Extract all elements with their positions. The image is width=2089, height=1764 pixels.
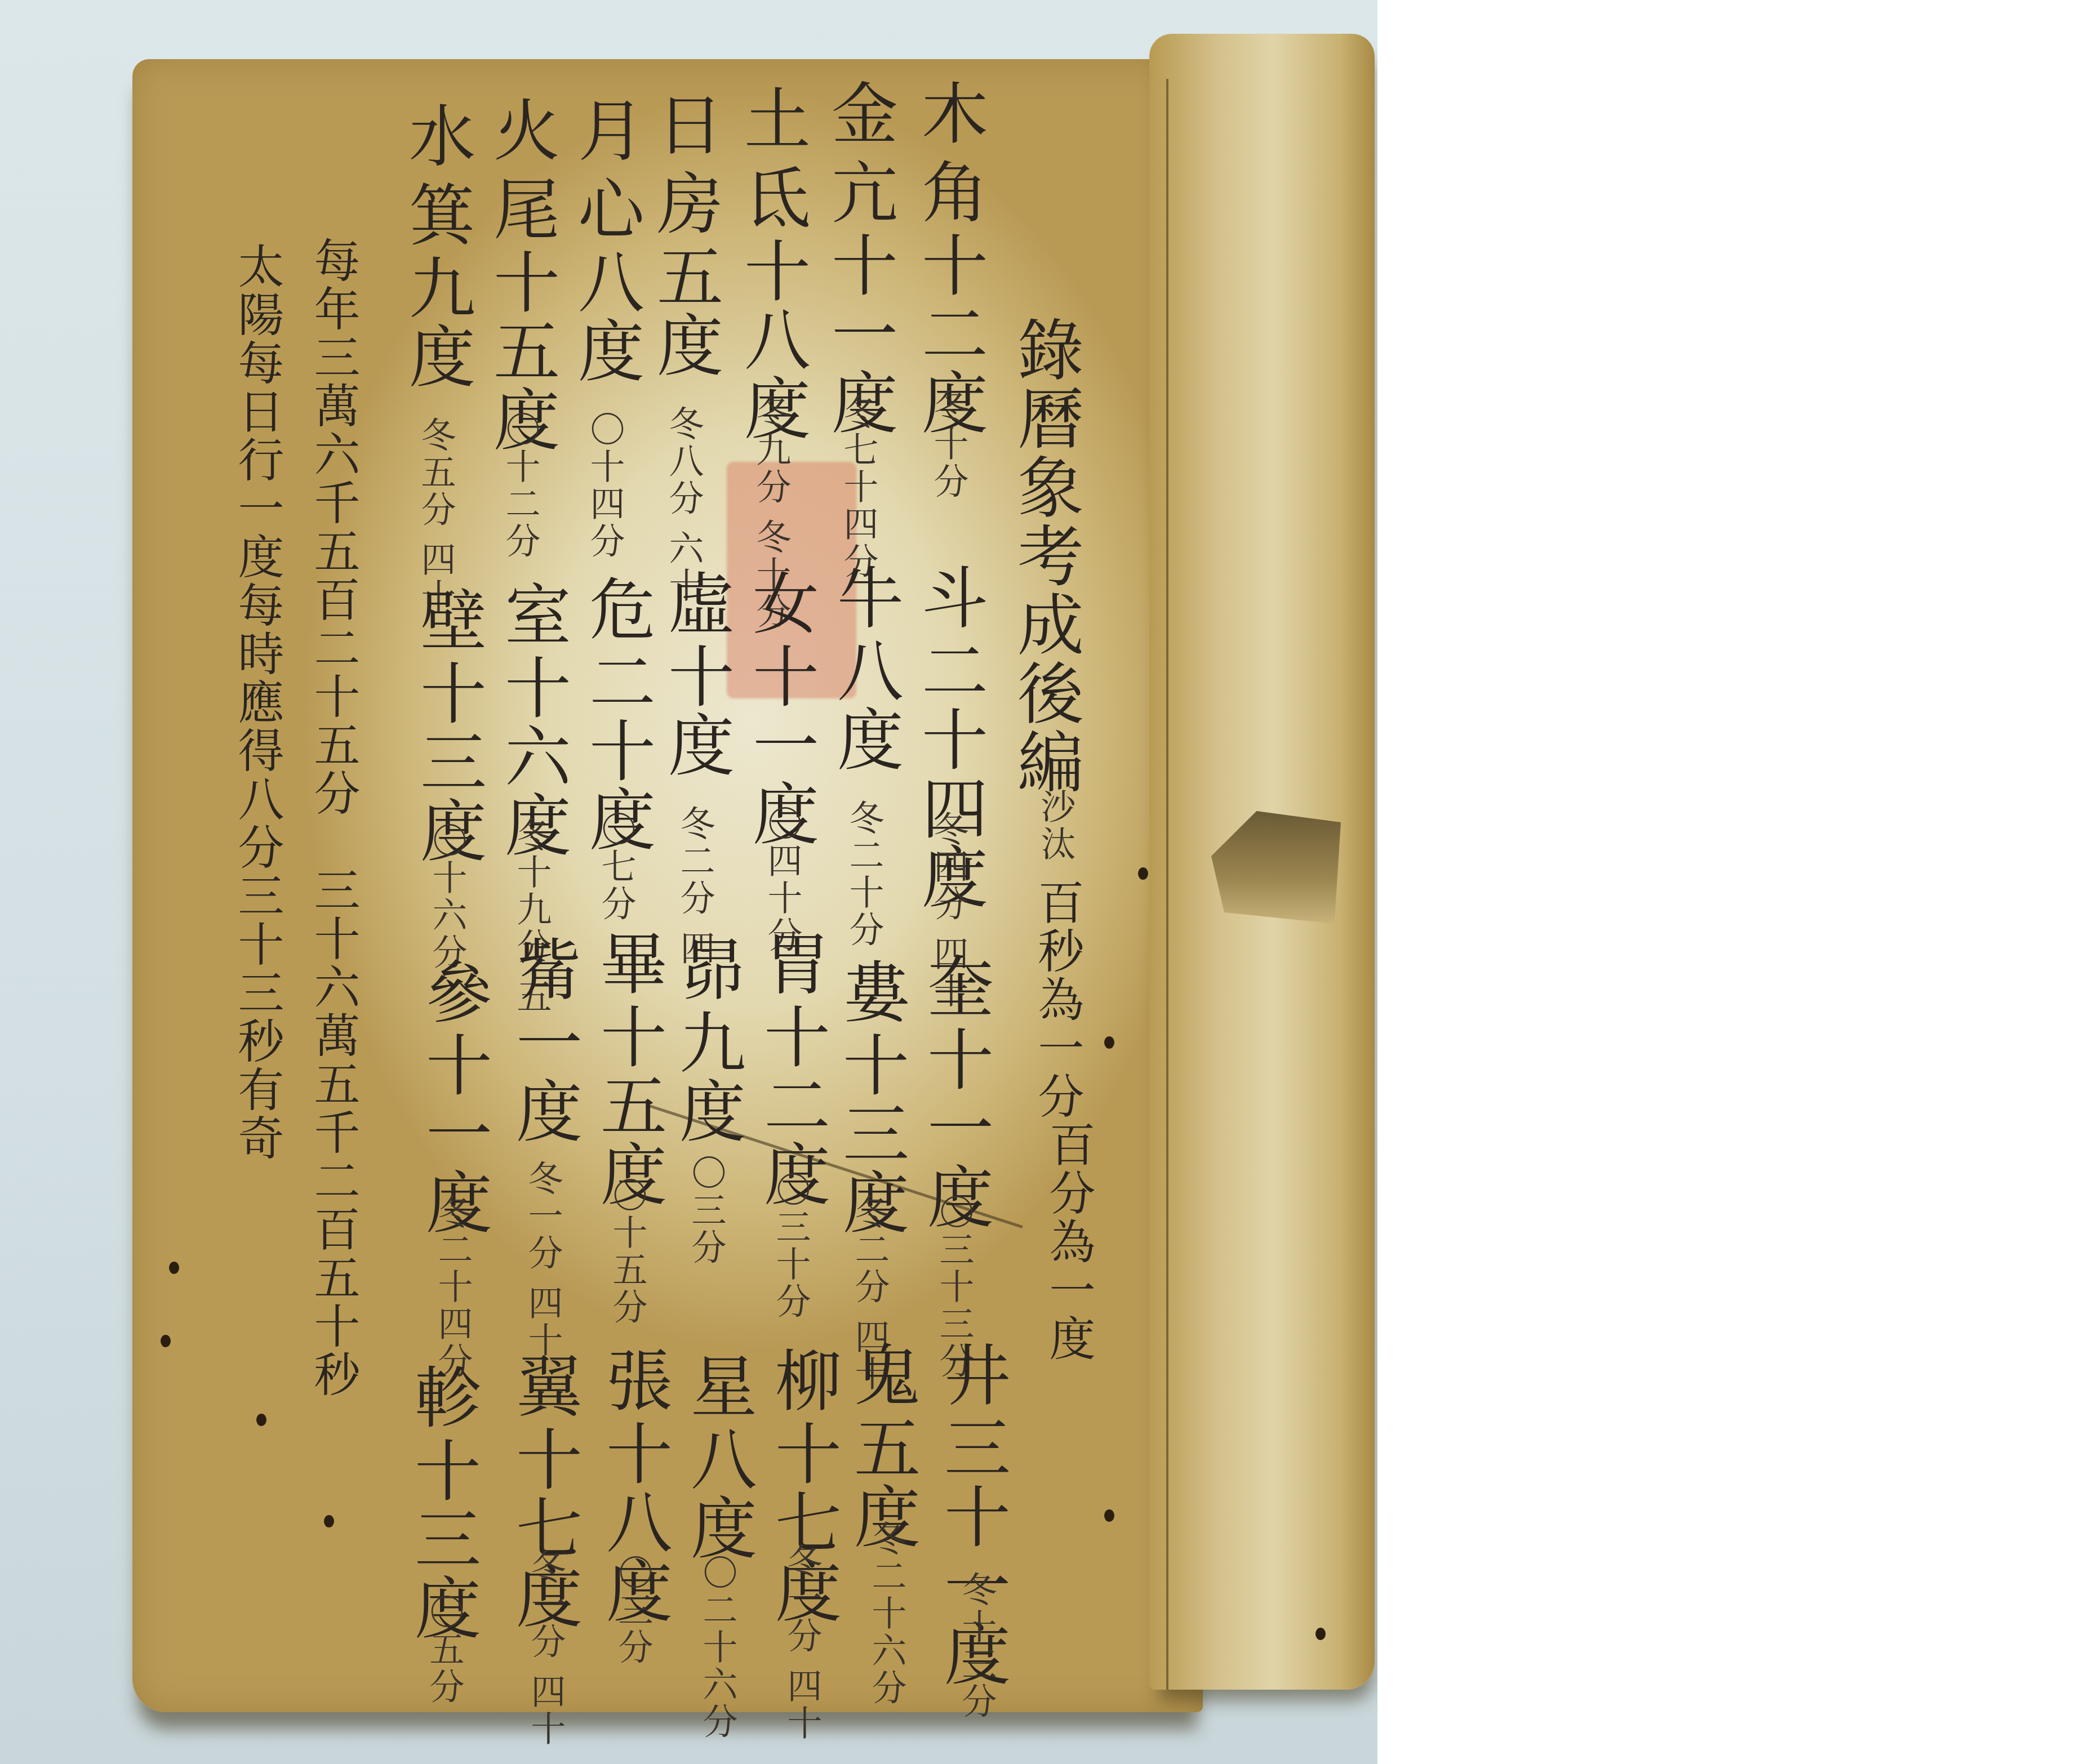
entry-note: 〇二十六分 <box>699 1554 736 1740</box>
entry-degrees: 五度 <box>648 242 721 380</box>
entry-note: 冬十分 <box>930 389 967 500</box>
entry-mansion: 斗 <box>913 563 986 632</box>
entry-degrees: 一度 <box>507 1008 580 1146</box>
entry-mansion: 畢 <box>592 929 665 998</box>
entry-degrees: 九度 <box>670 1008 744 1146</box>
entry-element: 水 <box>400 101 473 170</box>
entry-mansion: 角 <box>913 158 986 226</box>
wormhole <box>169 1262 179 1274</box>
entry-mansion: 心 <box>569 175 642 243</box>
entry-note: 冬二十四分 <box>434 1194 471 1380</box>
entry-mansion: 危 <box>580 574 654 643</box>
entry-note: 〇三分 <box>687 1155 725 1266</box>
unit-note-seconds: 百秒為一分 <box>1031 879 1083 1121</box>
entry-mansion: 尾 <box>485 175 558 243</box>
unit-note-minutes: 百分為一度 <box>1042 1121 1094 1363</box>
entry-note: 冬二十六分 <box>868 1521 905 1707</box>
entry-note: 〇三十分 <box>772 1171 809 1320</box>
entry-element: 土 <box>735 84 808 153</box>
entry-element: 月 <box>569 96 642 164</box>
summary-line-year: 每年三萬六千五百二十五分 三十六萬五千二百五十秒 <box>307 237 359 1399</box>
entry-note: 〇十六分 <box>428 822 465 971</box>
entry-mansion: 虛 <box>659 569 732 638</box>
entry-note: 〇十五分 <box>608 1177 646 1326</box>
entry-degrees: 八度 <box>682 1425 755 1562</box>
wormhole <box>324 1515 334 1527</box>
entry-note: 冬一分 四十 <box>527 1549 564 1748</box>
entry-mansion: 張 <box>597 1346 670 1415</box>
entry-mansion: 觜 <box>507 935 580 1004</box>
entry-note: 冬七十四分 <box>839 394 877 580</box>
wormhole <box>1138 867 1148 880</box>
blank-margin <box>1377 0 2089 1764</box>
entry-mansion: 室 <box>496 580 569 649</box>
entry-mansion: 翼 <box>507 1352 580 1420</box>
entry-element: 日 <box>648 90 721 159</box>
entry-note: 〇三分 <box>614 1554 651 1666</box>
entry-note: 冬二十分 <box>845 800 882 948</box>
entry-mansion: 奎 <box>918 952 992 1021</box>
entry-note: 〇十二分 <box>501 411 539 560</box>
entry-note: 冬一分 四十 <box>783 1543 820 1743</box>
document-photo: 錄曆象考成後編 沙汰 百秒為一分 百分為一度 木 角 十二度 冬十分 金 亢 十… <box>0 0 1377 1764</box>
entry-mansion: 井 <box>935 1340 1008 1409</box>
summary-line-sun: 太陽每日行一度每時應得八分三十三秒有奇 <box>231 242 283 1162</box>
wormhole <box>161 1335 171 1347</box>
entry-note: 冬一分 四十 <box>524 1160 561 1360</box>
document-title: 錄曆象考成後編 <box>1008 315 1082 796</box>
entry-mansion: 箕 <box>400 180 473 249</box>
entry-degrees: 九度 <box>400 253 473 391</box>
entry-note: 〇七分 <box>597 811 634 923</box>
entry-element: 金 <box>823 79 896 148</box>
entry-mansion: 軫 <box>406 1363 479 1432</box>
entry-mansion: 氐 <box>735 163 808 232</box>
entry-mansion: 房 <box>648 169 721 238</box>
entry-mansion: 柳 <box>766 1346 839 1415</box>
entry-degrees: 八度 <box>569 248 642 385</box>
entry-degrees: 八度 <box>828 636 901 774</box>
wormhole <box>1315 1628 1326 1640</box>
entry-mansion: 婁 <box>834 957 907 1026</box>
wormhole <box>1104 1509 1114 1522</box>
entry-mansion: 星 <box>682 1352 755 1420</box>
entry-element: 木 <box>913 79 986 148</box>
entry-note: 冬十三分 <box>958 1571 995 1720</box>
fold-line <box>1166 79 1168 1690</box>
wormhole <box>256 1414 266 1426</box>
wormhole <box>1104 1036 1114 1049</box>
entry-note: 〇十四分 <box>586 411 623 560</box>
entry-mansion: 牛 <box>828 563 901 632</box>
entry-mansion: 參 <box>417 957 490 1026</box>
entry-mansion: 壁 <box>411 586 485 654</box>
entry-mansion: 鬼 <box>845 1340 918 1409</box>
entry-mansion: 昴 <box>670 935 744 1004</box>
entry-note: 〇五分 <box>425 1594 463 1705</box>
entry-mansion: 胃 <box>755 929 828 998</box>
entry-degrees: 十度 <box>659 642 732 779</box>
entry-element: 火 <box>485 96 558 164</box>
entry-mansion: 女 <box>744 569 817 638</box>
entry-mansion: 亢 <box>823 158 896 226</box>
title-side-note: 沙汰 <box>1037 789 1074 863</box>
